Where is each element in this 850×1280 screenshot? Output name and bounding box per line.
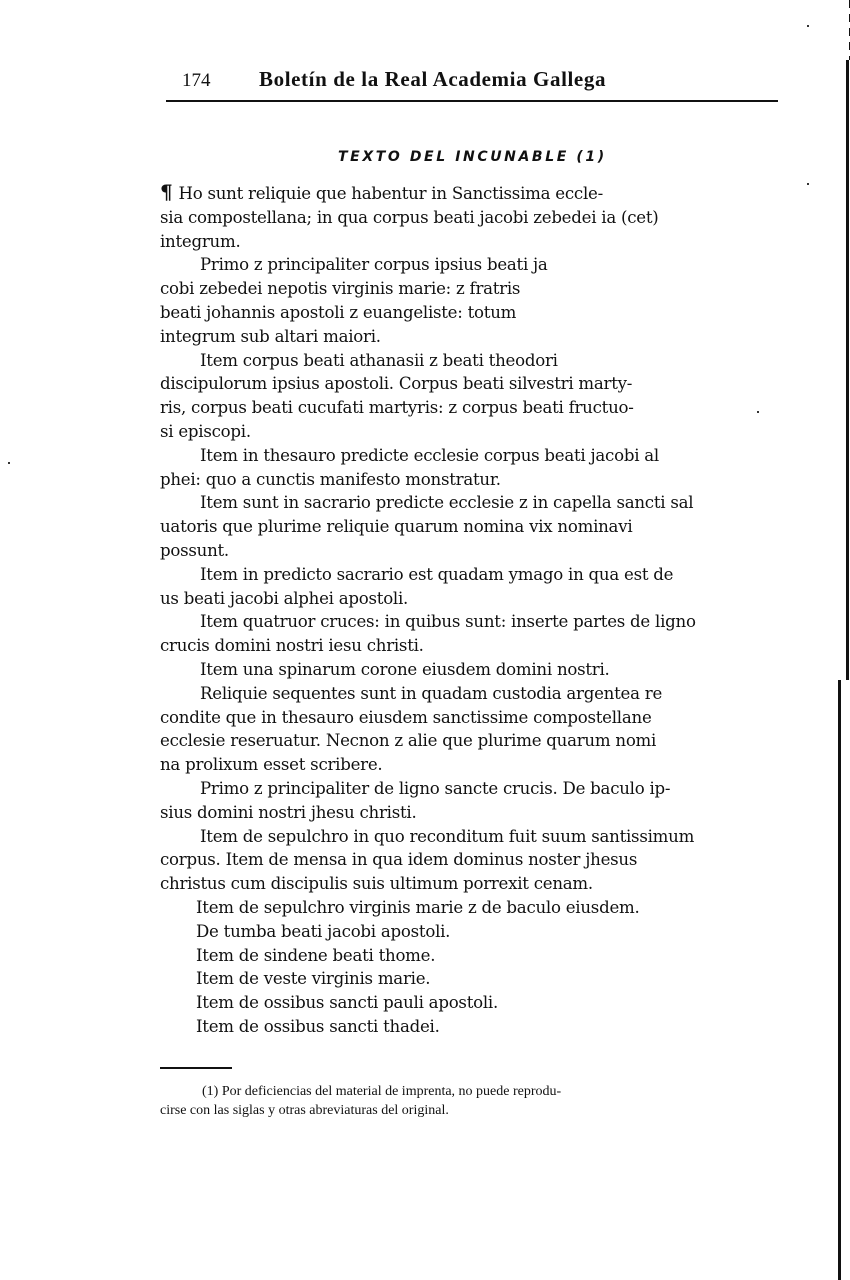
pilcrow-icon: ¶ <box>160 180 172 204</box>
text-line: Item de veste virginis marie. <box>160 967 780 991</box>
text-line: Reliquie sequentes sunt in quadam custod… <box>160 682 780 706</box>
text-line: Item in thesauro predicte ecclesie corpu… <box>160 444 780 468</box>
text-line: integrum sub altari maiori. <box>160 325 780 349</box>
text-line: Item de sindene beati thome. <box>160 944 780 968</box>
text-line: na prolixum esset scribere. <box>160 753 780 777</box>
text-line: Item corpus beati athanasii z beati theo… <box>160 349 780 373</box>
scan-speck <box>757 411 759 413</box>
text-line: christus cum discipulis suis ultimum por… <box>160 872 780 896</box>
text-line: Item de ossibus sancti pauli apostoli. <box>160 991 780 1015</box>
journal-title: Boletín de la Real Academia Gallega <box>259 67 606 92</box>
text-line: crucis domini nostri iesu christi. <box>160 634 780 658</box>
footnote-separator <box>160 1067 232 1069</box>
text-line: ris, corpus beati cucufati martyris: z c… <box>160 396 780 420</box>
section-title: TEXTO DEL INCUNABLE (1) <box>338 149 607 165</box>
text-line: condite que in thesauro eiusdem sanctiss… <box>160 706 780 730</box>
text-line: sius domini nostri jhesu christi. <box>160 801 780 825</box>
footnote-line: (1) Por deficiencias del material de imp… <box>160 1082 780 1101</box>
text-line: Item de sepulchro virginis marie z de ba… <box>160 896 780 920</box>
footnote: (1) Por deficiencias del material de imp… <box>160 1082 780 1120</box>
running-header: 174 Boletín de la Real Academia Gallega <box>166 66 778 102</box>
text-line: discipulorum ipsius apostoli. Corpus bea… <box>160 372 780 396</box>
text-line: De tumba beati jacobi apostoli. <box>160 920 780 944</box>
text-line: beati johannis apostoli z euangeliste: t… <box>160 301 780 325</box>
text-line: corpus. Item de mensa in qua idem dominu… <box>160 848 780 872</box>
footnote-line: cirse con las siglas y otras abreviatura… <box>160 1101 780 1120</box>
text-line: cobi zebedei nepotis virginis marie: z f… <box>160 277 780 301</box>
text-line: Item de sepulchro in quo reconditum fuit… <box>160 825 780 849</box>
incunable-text: ¶Ho sunt reliquie que habentur in Sancti… <box>160 181 780 1039</box>
text-line: Item una spinarum corone eiusdem domini … <box>160 658 780 682</box>
scan-speck <box>8 462 10 464</box>
text-line: ecclesie reseruatur. Necnon z alie que p… <box>160 729 780 753</box>
text-line: Item de ossibus sancti thadei. <box>160 1015 780 1039</box>
page-edge-line <box>838 680 841 1280</box>
text-line: Primo z principaliter corpus ipsius beat… <box>160 253 780 277</box>
scan-speck <box>807 183 809 185</box>
text-line: ¶Ho sunt reliquie que habentur in Sancti… <box>160 181 780 206</box>
text-line: phei: quo a cunctis manifesto monstratur… <box>160 468 780 492</box>
text-line: integrum. <box>160 230 780 254</box>
text-line: us beati jacobi alphei apostoli. <box>160 587 780 611</box>
text-line: Primo z principaliter de ligno sancte cr… <box>160 777 780 801</box>
text-line: Item in predicto sacrario est quadam yma… <box>160 563 780 587</box>
text-line: possunt. <box>160 539 780 563</box>
page-edge-line <box>846 60 849 680</box>
text-line: sia compostellana; in qua corpus beati j… <box>160 206 780 230</box>
text-line: Item quatruor cruces: in quibus sunt: in… <box>160 610 780 634</box>
text-line: uatoris que plurime reliquie quarum nomi… <box>160 515 780 539</box>
text-line: Item sunt in sacrario predicte ecclesie … <box>160 491 780 515</box>
text-line: si episcopi. <box>160 420 780 444</box>
page-number: 174 <box>182 70 211 92</box>
scan-speck <box>807 25 809 27</box>
